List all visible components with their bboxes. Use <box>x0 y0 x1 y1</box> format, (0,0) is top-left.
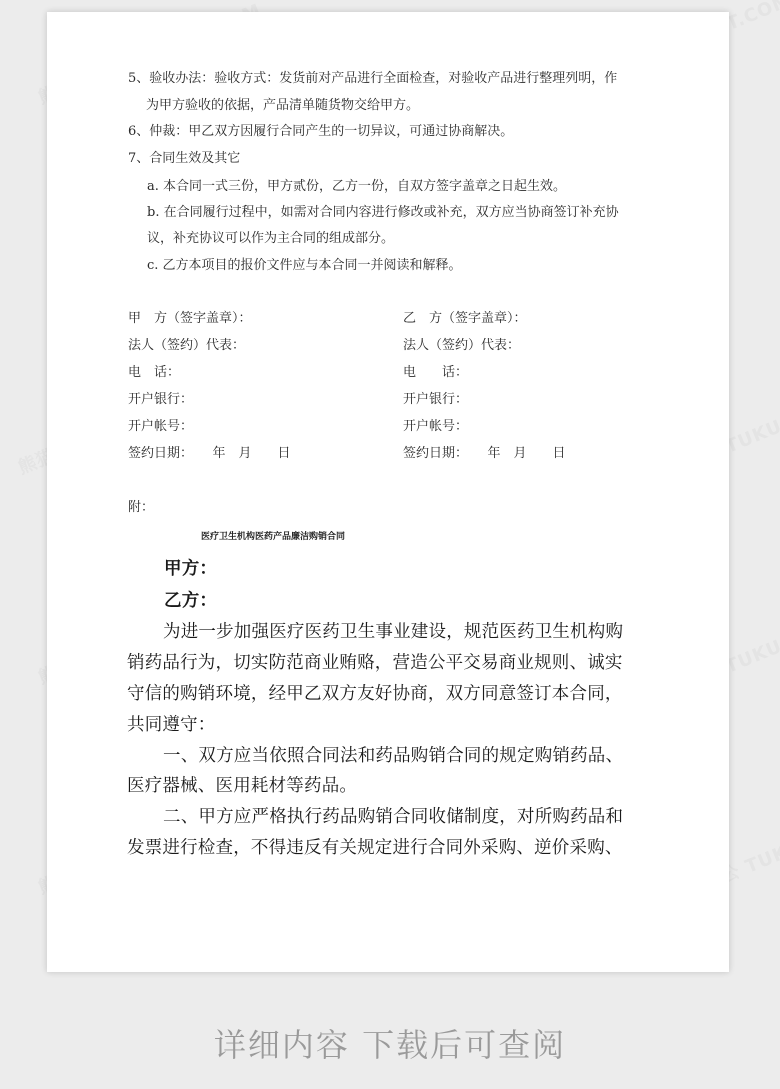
appendix-party-a: 甲方： <box>164 555 217 580</box>
appendix-party-b: 乙方： <box>164 587 217 612</box>
clause-7b-line-2: 议，补充协议可以作为主合同的组成部分。 <box>147 227 394 246</box>
clause-7b-line-1: b. 在合同履行过程中，如需对合同内容进行修改或补充，双方应当协商签订补充协 <box>147 201 619 220</box>
intro-line-3: 守信的购销环境，经甲乙双方友好协商，双方同意签订本合同， <box>127 680 623 705</box>
download-prompt[interactable]: 详细内容 下载后可查阅 <box>0 1020 780 1066</box>
party-b-legal-rep: 法人（签约）代表： <box>403 334 520 353</box>
party-b-date: 签约日期： 年 月 日 <box>403 442 566 461</box>
appendix-title: 医疗卫生机构医药产品廉洁购销合同 <box>201 529 345 542</box>
article-2-line-2: 发票进行检查，不得违反有关规定进行合同外采购、逆价采购、 <box>127 834 623 859</box>
intro-line-1: 为进一步加强医疗医药卫生事业建设，规范医药卫生机构购 <box>163 618 623 643</box>
party-a-bank: 开户银行： <box>128 388 193 407</box>
clause-6: 6、仲裁：甲乙双方因履行合同产生的一切异议，可通过协商解决。 <box>128 120 513 139</box>
party-a-legal-rep: 法人（签约）代表： <box>128 334 245 353</box>
party-a-label: 甲 方（签字盖章）： <box>128 307 252 326</box>
party-b-bank: 开户银行： <box>403 388 468 407</box>
clause-5-line-2: 为甲方验收的依据，产品清单随货物交给甲方。 <box>146 94 419 113</box>
intro-line-2: 销药品行为，切实防范商业贿赂，营造公平交易商业规则、诚实 <box>127 649 623 674</box>
party-a-date: 签约日期： 年 月 日 <box>128 442 291 461</box>
intro-line-4: 共同遵守： <box>127 711 216 736</box>
appendix-label: 附： <box>128 496 154 515</box>
article-2-line-1: 二、甲方应严格执行药品购销合同收储制度，对所购药品和 <box>163 803 623 828</box>
party-a-phone: 电 话： <box>128 361 180 380</box>
article-1-line-1: 一、双方应当依照合同法和药品购销合同的规定购销药品、 <box>163 742 623 767</box>
article-1-line-2: 医疗器械、医用耗材等药品。 <box>127 772 357 797</box>
clause-7c: c. 乙方本项目的报价文件应与本合同一并阅读和解释。 <box>147 254 462 273</box>
document-page: 5、验收办法：验收方式：发货前对产品进行全面检查，对验收产品进行整理列明，作 为… <box>47 12 729 972</box>
party-a-account: 开户帐号： <box>128 415 193 434</box>
party-b-account: 开户帐号： <box>403 415 468 434</box>
clause-7: 7、合同生效及其它 <box>128 147 240 166</box>
clause-5-line-1: 5、验收办法：验收方式：发货前对产品进行全面检查，对验收产品进行整理列明，作 <box>128 67 617 86</box>
party-b-label: 乙 方（签字盖章）： <box>403 307 527 326</box>
party-b-phone: 电 话： <box>403 361 468 380</box>
clause-7a: a. 本合同一式三份，甲方贰份，乙方一份，自双方签字盖章之日起生效。 <box>147 175 566 194</box>
